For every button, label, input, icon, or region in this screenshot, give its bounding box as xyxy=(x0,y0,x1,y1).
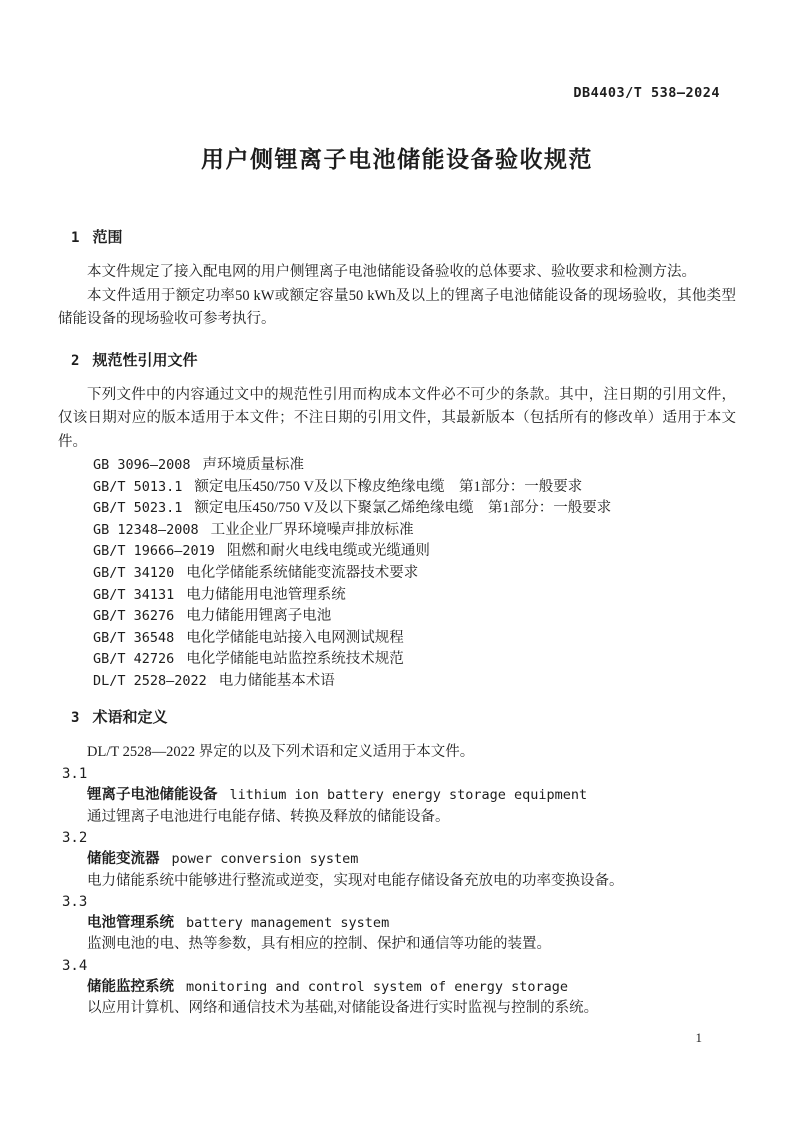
references-intro: 下列文件中的内容通过文中的规范性引用而构成本文件必不可少的条款。其中，注日期的引… xyxy=(58,384,736,455)
term-entry: 3.1 锂离子电池储能设备lithium ion battery energy … xyxy=(58,764,736,828)
reference-item: GB/T 34131电力储能用电池管理系统 xyxy=(93,585,736,607)
term-name-zh: 储能监控系统 xyxy=(87,979,174,995)
reference-code: GB/T 36276 xyxy=(93,608,174,624)
term-number: 3.1 xyxy=(62,764,736,785)
document-page: DB4403/T 538—2024 用户侧锂离子电池储能设备验收规范 1范围 本… xyxy=(0,0,794,1123)
term-name-line: 储能监控系统monitoring and control system of e… xyxy=(87,977,736,998)
section-number: 2 xyxy=(71,353,79,369)
reference-code: DL/T 2528—2022 xyxy=(93,673,207,689)
reference-title: 电力储能基本术语 xyxy=(219,673,335,689)
reference-code: GB/T 5013.1 xyxy=(93,479,182,495)
reference-title: 阻燃和耐火电线电缆或光缆通则 xyxy=(227,543,430,559)
term-definition: 监测电池的电、热等参数，具有相应的控制、保护和通信等功能的装置。 xyxy=(87,934,736,955)
page-number: 1 xyxy=(696,1030,703,1046)
reference-code: GB/T 34131 xyxy=(93,587,174,603)
reference-code: GB/T 42726 xyxy=(93,651,174,667)
terms-list: 3.1 锂离子电池储能设备lithium ion battery energy … xyxy=(58,764,736,1020)
term-name-line: 锂离子电池储能设备lithium ion battery energy stor… xyxy=(87,785,736,806)
term-name-en: monitoring and control system of energy … xyxy=(186,979,568,995)
reference-item: GB/T 19666—2019阻燃和耐火电线电缆或光缆通则 xyxy=(93,541,736,563)
reference-item: GB/T 34120电化学储能系统储能变流器技术要求 xyxy=(93,563,736,585)
term-definition: 电力储能系统中能够进行整流或逆变，实现对电能存储设备充放电的功率变换设备。 xyxy=(87,871,736,892)
document-title: 用户侧锂离子电池储能设备验收规范 xyxy=(58,144,736,175)
term-name-zh: 锂离子电池储能设备 xyxy=(87,787,218,803)
reference-item: GB 3096—2008声环境质量标准 xyxy=(93,455,736,477)
term-name-en: battery management system xyxy=(186,915,389,931)
term-entry: 3.4 储能监控系统monitoring and control system … xyxy=(58,956,736,1020)
section-heading-references: 2规范性引用文件 xyxy=(58,352,736,370)
term-entry: 3.2 储能变流器power conversion system 电力储能系统中… xyxy=(58,828,736,892)
term-name-line: 电池管理系统battery management system xyxy=(87,913,736,934)
reference-code: GB/T 5023.1 xyxy=(93,500,182,516)
reference-item: GB 12348—2008工业企业厂界环境噪声排放标准 xyxy=(93,520,736,542)
term-number: 3.2 xyxy=(62,828,736,849)
reference-code: GB/T 34120 xyxy=(93,565,174,581)
section-number: 3 xyxy=(71,710,79,726)
reference-code: GB 12348—2008 xyxy=(93,522,199,538)
reference-item: GB/T 5013.1额定电压450/750 V及以下橡皮绝缘电缆 第1部分：一… xyxy=(93,477,736,499)
reference-title: 额定电压450/750 V及以下聚氯乙烯绝缘电缆 第1部分：一般要求 xyxy=(194,500,611,516)
reference-title: 电化学储能电站接入电网测试规程 xyxy=(186,630,404,646)
term-number: 3.4 xyxy=(62,956,736,977)
reference-item: GB/T 36548电化学储能电站接入电网测试规程 xyxy=(93,628,736,650)
reference-item: GB/T 42726电化学储能电站监控系统技术规范 xyxy=(93,649,736,671)
reference-title: 电力储能用电池管理系统 xyxy=(186,587,346,603)
reference-code: GB/T 19666—2019 xyxy=(93,543,215,559)
section-heading-scope: 1范围 xyxy=(58,229,736,247)
reference-title: 电化学储能电站监控系统技术规范 xyxy=(186,651,404,667)
reference-item: GB/T 5023.1额定电压450/750 V及以下聚氯乙烯绝缘电缆 第1部分… xyxy=(93,498,736,520)
standard-number: DB4403/T 538—2024 xyxy=(58,0,736,102)
references-list: GB 3096—2008声环境质量标准 GB/T 5013.1额定电压450/7… xyxy=(93,455,736,693)
reference-code: GB/T 36548 xyxy=(93,630,174,646)
section-label: 规范性引用文件 xyxy=(92,352,197,369)
term-definition: 以应用计算机、网络和通信技术为基础,对储能设备进行实时监视与控制的系统。 xyxy=(87,998,736,1019)
reference-item: GB/T 36276电力储能用锂离子电池 xyxy=(93,606,736,628)
reference-title: 额定电压450/750 V及以下橡皮绝缘电缆 第1部分：一般要求 xyxy=(194,479,582,495)
term-name-zh: 电池管理系统 xyxy=(87,915,174,931)
section-label: 术语和定义 xyxy=(92,709,167,726)
section-label: 范围 xyxy=(92,229,122,246)
scope-paragraph-1: 本文件规定了接入配电网的用户侧锂离子电池储能设备验收的总体要求、验收要求和检测方… xyxy=(58,261,736,285)
reference-item: DL/T 2528—2022电力储能基本术语 xyxy=(93,671,736,693)
section-heading-terms: 3术语和定义 xyxy=(58,709,736,727)
reference-code: GB 3096—2008 xyxy=(93,457,191,473)
reference-title: 声环境质量标准 xyxy=(203,457,305,473)
reference-title: 工业企业厂界环境噪声排放标准 xyxy=(211,522,414,538)
term-name-en: power conversion system xyxy=(172,851,359,867)
term-name-line: 储能变流器power conversion system xyxy=(87,849,736,870)
term-name-zh: 储能变流器 xyxy=(87,851,160,867)
term-number: 3.3 xyxy=(62,892,736,913)
terms-intro: DL/T 2528—2022 界定的以及下列术语和定义适用于本文件。 xyxy=(58,741,736,765)
term-entry: 3.3 电池管理系统battery management system 监测电池… xyxy=(58,892,736,956)
term-definition: 通过锂离子电池进行电能存储、转换及释放的储能设备。 xyxy=(87,807,736,828)
term-name-en: lithium ion battery energy storage equip… xyxy=(230,787,588,803)
reference-title: 电化学储能系统储能变流器技术要求 xyxy=(186,565,418,581)
reference-title: 电力储能用锂离子电池 xyxy=(186,608,331,624)
section-number: 1 xyxy=(71,230,79,246)
scope-paragraph-2: 本文件适用于额定功率50 kW或额定容量50 kWh及以上的锂离子电池储能设备的… xyxy=(58,285,736,332)
